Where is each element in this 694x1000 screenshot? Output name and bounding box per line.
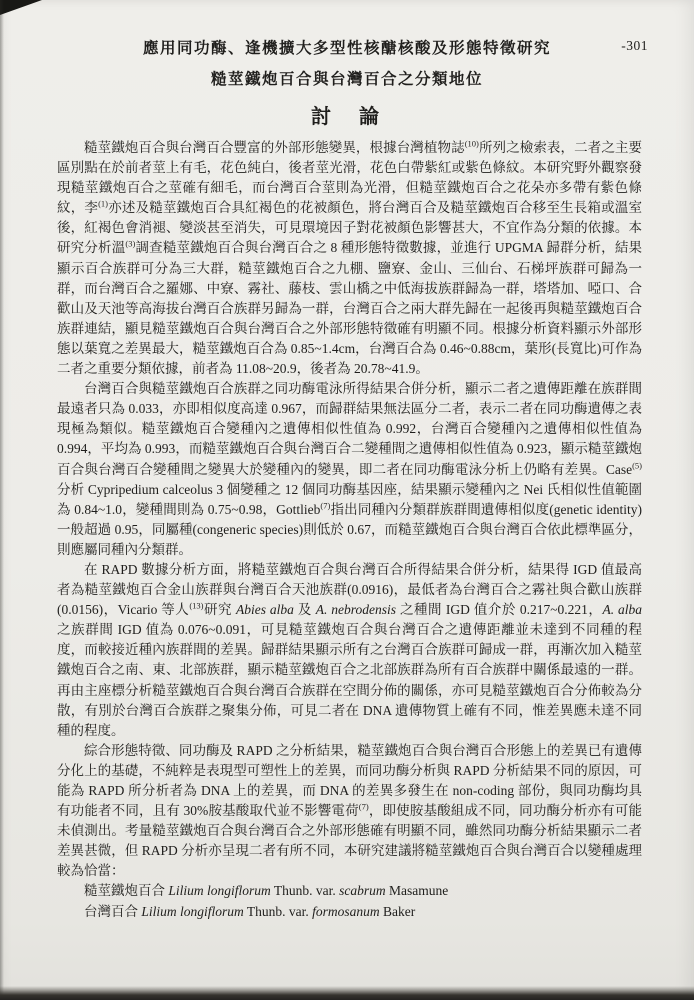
paragraph-1: 糙莖鐵炮百合與台灣百合豐富的外部形態變異，根據台灣植物誌(10)所列之檢索表，二…: [57, 138, 642, 379]
article-body: 糙莖鐵炮百合與台灣百合豐富的外部形態變異，根據台灣植物誌(10)所列之檢索表，二…: [57, 138, 642, 922]
paragraph-3: 在 RAPD 數據分析方面，將糙莖鐵炮百合與台灣百合所得結果合併分析，結果得 I…: [57, 560, 642, 741]
paragraph-4: 綜合形態特徵、同功酶及 RAPD 之分析結果，糙莖鐵炮百合與台灣百合形態上的差異…: [57, 741, 642, 882]
page-number: -301: [621, 38, 648, 54]
scan-artifact-top-left: [0, 0, 42, 15]
paper-title-line2: 糙莖鐵炮百合與台灣百合之分類地位: [0, 69, 694, 91]
species-line-formosanum: 台灣百合 Lilium longiflorum Thunb. var. form…: [57, 902, 642, 922]
species-line-scabrum: 糙莖鐵炮百合 Lilium longiflorum Thunb. var. sc…: [57, 881, 642, 901]
paper-title-line1: 應用同功酶、逢機擴大多型性核醣核酸及形態特徵研究: [0, 38, 694, 60]
scan-artifact-left-edge: [0, 0, 4, 1000]
scan-artifact-bottom-edge: [0, 986, 694, 1000]
scanned-paper-page: -301 應用同功酶、逢機擴大多型性核醣核酸及形態特徵研究 糙莖鐵炮百合與台灣百…: [0, 0, 694, 1000]
paragraph-2: 台灣百合與糙莖鐵炮百合族群之同功酶電泳所得結果合併分析，顯示二者之遺傳距離在族群…: [57, 379, 642, 560]
section-heading-discussion: 討 論: [0, 104, 694, 131]
